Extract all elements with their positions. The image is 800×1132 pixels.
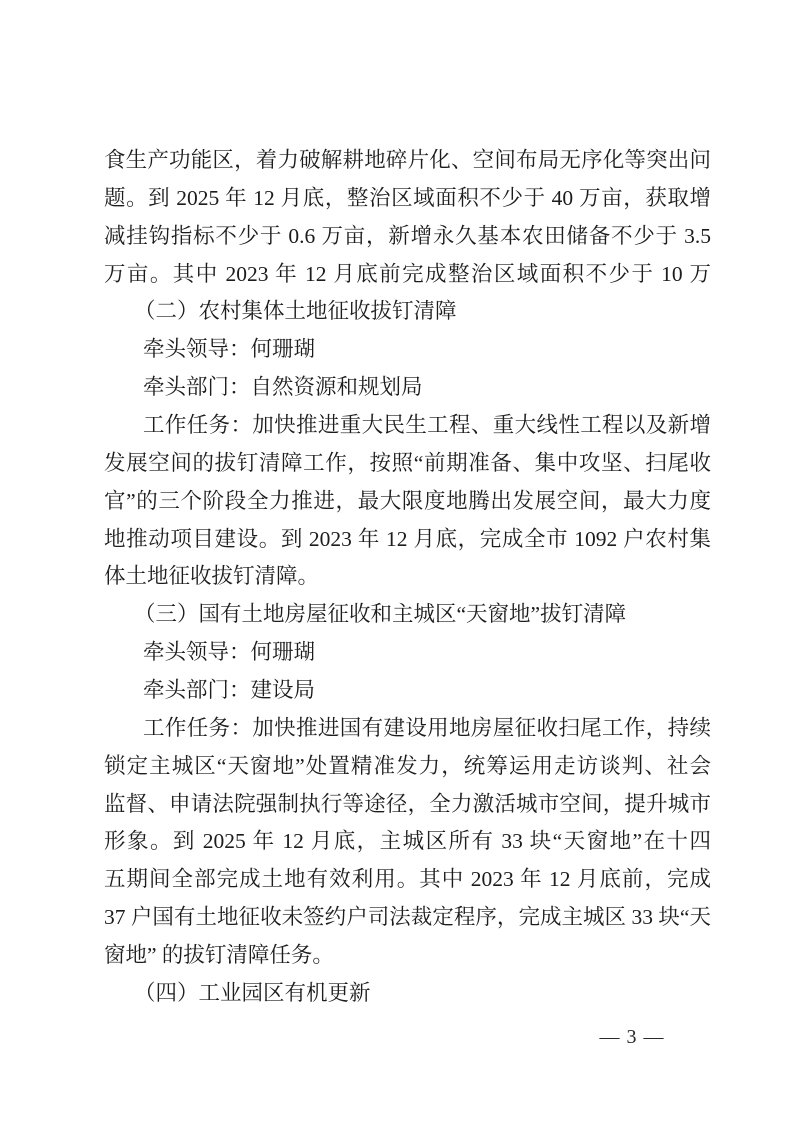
field-lead-leader: 牵头领导：何珊瑚 <box>104 634 711 672</box>
heading-text: （三）国有土地房屋征收和主城区“天窗地”拔钉清障 <box>134 602 626 626</box>
text-line: 减挂钩指标不少于 0.6 万亩，新增永久基本农田储备不少于 3.5 <box>104 218 711 256</box>
field-lead-leader: 牵头领导：何珊瑚 <box>104 331 711 369</box>
text-line-content: 发展空间的拔钉清障工作，按照“前期准备、集中攻坚、扫尾收 <box>104 451 711 475</box>
text-line: 万亩。其中 2023 年 12 月底前完成整治区域面积不少于 10 万亩。 <box>104 256 711 294</box>
text-line: 工作任务：加快推进国有建设用地房屋征收扫尾工作，持续 <box>104 710 711 748</box>
paragraph-task-section-2: 工作任务：加快推进重大民生工程、重大线性工程以及新增 发展空间的拔钉清障工作，按… <box>104 407 711 596</box>
text-line-content: 工作任务：加快推进国有建设用地房屋征收扫尾工作，持续 <box>143 716 711 740</box>
field-text: 牵头部门：自然资源和规划局 <box>143 375 423 399</box>
text-line: 37 户国有土地征收未签约户司法裁定程序，完成主城区 33 块“天 <box>104 899 711 937</box>
field-line: 牵头部门：建设局 <box>104 672 711 710</box>
text-line-content: 减挂钩指标不少于 0.6 万亩，新增永久基本农田储备不少于 3.5 <box>104 224 711 248</box>
heading-line: （三）国有土地房屋征收和主城区“天窗地”拔钉清障 <box>104 596 711 634</box>
paragraph-task-section-3: 工作任务：加快推进国有建设用地房屋征收扫尾工作，持续 锁定主城区“天窗地”处置精… <box>104 710 711 975</box>
text-line-content: 体土地征收拔钉清障。 <box>104 564 319 588</box>
heading-line: （二）农村集体土地征收拔钉清障 <box>104 293 711 331</box>
text-line-content: 食生产功能区，着力破解耕地碎片化、空间布局无序化等突出问 <box>104 148 711 172</box>
page-number: — 3 — <box>594 1022 670 1052</box>
text-line: 发展空间的拔钉清障工作，按照“前期准备、集中攻坚、扫尾收 <box>104 445 711 483</box>
field-text: 牵头领导：何珊瑚 <box>143 640 315 664</box>
text-line-content: 万亩。其中 2023 年 12 月底前完成整治区域面积不少于 10 万亩。 <box>104 262 711 294</box>
section-heading-3: （三）国有土地房屋征收和主城区“天窗地”拔钉清障 <box>104 596 711 634</box>
field-text: 牵头部门：建设局 <box>143 678 315 702</box>
text-line: 官”的三个阶段全力推进，最大限度地腾出发展空间，最大力度 <box>104 483 711 521</box>
heading-text: （四）工业园区有机更新 <box>134 981 371 1005</box>
text-line: 窗地” 的拔钉清障任务。 <box>104 937 711 975</box>
field-lead-department: 牵头部门：建设局 <box>104 672 711 710</box>
text-line: 食生产功能区，着力破解耕地碎片化、空间布局无序化等突出问 <box>104 142 711 180</box>
section-heading-4: （四）工业园区有机更新 <box>104 975 711 1013</box>
field-line: 牵头领导：何珊瑚 <box>104 331 711 369</box>
text-line: 监督、申请法院强制执行等途径，全力激活城市空间，提升城市 <box>104 786 711 824</box>
text-line: 题。到 2025 年 12 月底，整治区域面积不少于 40 万亩，获取增 <box>104 180 711 218</box>
text-line-content: 五期间全部完成土地有效利用。其中 2023 年 12 月底前，完成 <box>104 867 711 891</box>
text-line: 锁定主城区“天窗地”处置精准发力，统筹运用走访谈判、社会 <box>104 748 711 786</box>
field-line: 牵头部门：自然资源和规划局 <box>104 369 711 407</box>
field-lead-department: 牵头部门：自然资源和规划局 <box>104 369 711 407</box>
text-line-content: 地推动项目建设。到 2023 年 12 月底，完成全市 1092 户农村集 <box>104 527 711 551</box>
field-text: 牵头领导：何珊瑚 <box>143 337 315 361</box>
text-line-content: 锁定主城区“天窗地”处置精准发力，统筹运用走访谈判、社会 <box>104 754 711 778</box>
heading-text: （二）农村集体土地征收拔钉清障 <box>134 299 457 323</box>
text-line: 形象。到 2025 年 12 月底，主城区所有 33 块“天窗地”在十四 <box>104 823 711 861</box>
section-heading-2: （二）农村集体土地征收拔钉清障 <box>104 293 711 331</box>
document-page: 食生产功能区，着力破解耕地碎片化、空间布局无序化等突出问 题。到 2025 年 … <box>0 0 800 1132</box>
paragraph-continuation: 食生产功能区，着力破解耕地碎片化、空间布局无序化等突出问 题。到 2025 年 … <box>104 142 711 293</box>
text-line-content: 题。到 2025 年 12 月底，整治区域面积不少于 40 万亩，获取增 <box>104 186 711 210</box>
text-line: 五期间全部完成土地有效利用。其中 2023 年 12 月底前，完成 <box>104 861 711 899</box>
heading-line: （四）工业园区有机更新 <box>104 975 711 1013</box>
text-line-content: 工作任务：加快推进重大民生工程、重大线性工程以及新增 <box>143 413 711 437</box>
text-line-content: 形象。到 2025 年 12 月底，主城区所有 33 块“天窗地”在十四 <box>104 829 711 853</box>
text-line: 工作任务：加快推进重大民生工程、重大线性工程以及新增 <box>104 407 711 445</box>
text-line: 体土地征收拔钉清障。 <box>104 558 711 596</box>
field-line: 牵头领导：何珊瑚 <box>104 634 711 672</box>
document-body: 食生产功能区，着力破解耕地碎片化、空间布局无序化等突出问 题。到 2025 年 … <box>104 142 711 1013</box>
text-line-content: 37 户国有土地征收未签约户司法裁定程序，完成主城区 33 块“天 <box>104 905 711 929</box>
text-line-content: 监督、申请法院强制执行等途径，全力激活城市空间，提升城市 <box>104 792 711 816</box>
text-line-content: 窗地” 的拔钉清障任务。 <box>104 943 334 967</box>
text-line: 地推动项目建设。到 2023 年 12 月底，完成全市 1092 户农村集 <box>104 521 711 559</box>
text-line-content: 官”的三个阶段全力推进，最大限度地腾出发展空间，最大力度 <box>104 489 711 513</box>
